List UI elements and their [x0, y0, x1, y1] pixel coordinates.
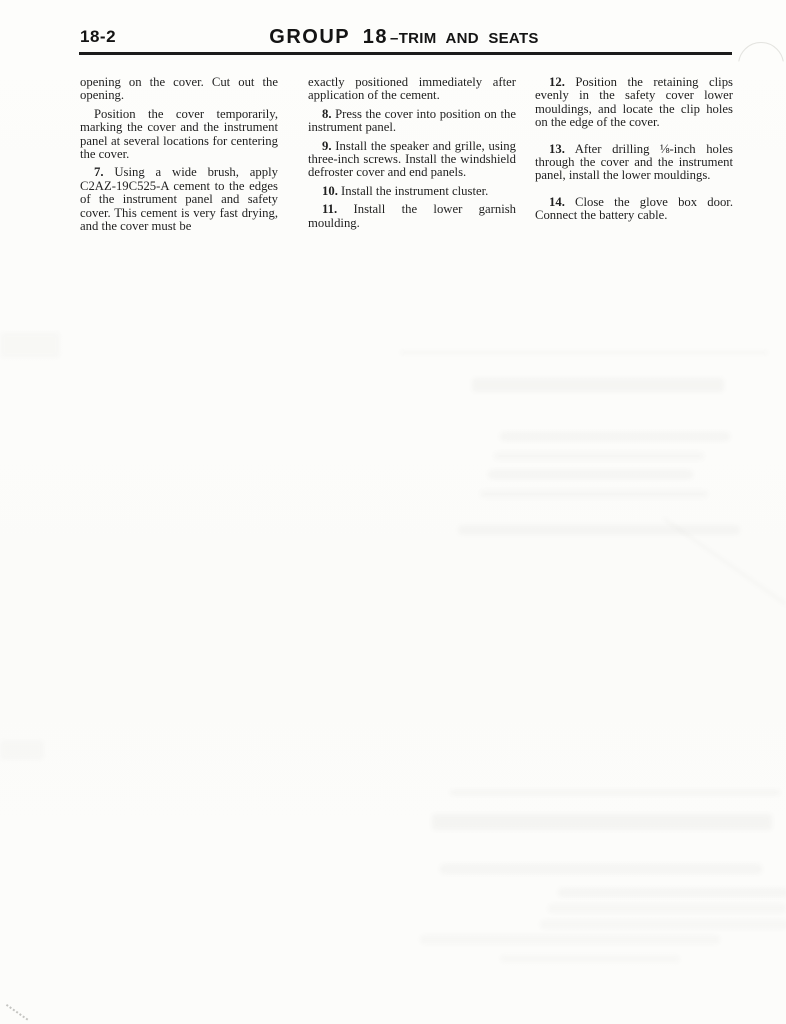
group-title: GROUP 18	[269, 26, 388, 48]
section-title: –TRIM AND SEATS	[390, 30, 539, 47]
step-paragraph: 8. Press the cover into position on the …	[308, 108, 516, 135]
step-paragraph: 7. Using a wide brush, apply C2AZ-19C525…	[80, 166, 278, 233]
paragraph-text: Install the instrument cluster.	[338, 184, 488, 198]
page-number: 18-2	[80, 27, 116, 47]
paragraph-text: Install the speaker and grille, using th…	[308, 139, 516, 180]
step-paragraph: 12. Position the retaining clips evenly …	[535, 76, 733, 130]
bleed-through-artifact	[432, 814, 772, 830]
bleed-through-artifact	[540, 920, 786, 929]
step-number: 8.	[322, 107, 332, 121]
step-number: 12.	[549, 75, 565, 89]
paragraph-text: Install the lower garnish moulding.	[308, 202, 516, 229]
bleed-through-artifact	[458, 525, 740, 535]
text-column-1: opening on the cover. Cut out the openin…	[80, 76, 278, 233]
paragraph-text: Press the cover into position on the ins…	[308, 107, 516, 134]
step-number: 10.	[322, 184, 338, 198]
page-title: GROUP 18–TRIM AND SEATS	[269, 26, 538, 49]
text-column-2: exactly positioned immediately after app…	[308, 76, 516, 233]
bleed-through-artifact	[494, 452, 704, 460]
paragraph-text: Using a wide brush, apply C2AZ-19C525-A …	[80, 165, 278, 233]
step-number: 7.	[94, 165, 104, 179]
paragraph-text: Position the retaining clips evenly in t…	[535, 75, 733, 129]
step-paragraph: 14. Close the glove box door. Connect th…	[535, 196, 733, 223]
paragraph-text: opening on the cover. Cut out the openin…	[80, 75, 278, 102]
bleed-through-artifact	[0, 740, 44, 760]
bleed-through-artifact	[420, 935, 720, 944]
text-column-3: 12. Position the retaining clips evenly …	[535, 76, 733, 233]
bleed-through-artifact	[450, 790, 780, 795]
bleed-through-artifact	[0, 332, 60, 358]
paragraph-text: After drilling ⅛-inch holes through the …	[535, 142, 733, 183]
step-paragraph: 13. After drilling ⅛-inch holes through …	[535, 143, 733, 183]
bleed-through-artifact	[500, 432, 730, 441]
paragraph-text: Close the glove box door. Connect the ba…	[535, 195, 733, 222]
step-paragraph: 10. Install the instrument cluster.	[308, 185, 516, 198]
bleed-through-artifact	[663, 517, 786, 605]
paragraph: Position the cover temporarily, marking …	[80, 108, 278, 162]
bleed-through-artifact	[480, 490, 708, 498]
paragraph-text: exactly positioned immediately after app…	[308, 75, 516, 102]
bleed-through-artifact	[400, 351, 768, 354]
paragraph-text: Position the cover temporarily, marking …	[80, 107, 278, 161]
header-rule	[79, 52, 732, 55]
page-curl-artifact	[738, 42, 784, 88]
step-number: 11.	[322, 202, 337, 216]
step-number: 13.	[549, 142, 565, 156]
step-paragraph: 11. Install the lower garnish moulding.	[308, 203, 516, 230]
paragraph: opening on the cover. Cut out the openin…	[80, 76, 278, 103]
corner-mark-artifact	[6, 1004, 28, 1021]
step-paragraph: 9. Install the speaker and grille, using…	[308, 140, 516, 180]
step-number: 9.	[322, 139, 332, 153]
bleed-through-artifact	[500, 955, 680, 963]
scanned-page: 18-2 GROUP 18–TRIM AND SEATS opening on …	[0, 0, 786, 1024]
paragraph: exactly positioned immediately after app…	[308, 76, 516, 103]
bleed-through-artifact	[558, 888, 786, 897]
bleed-through-artifact	[548, 904, 786, 913]
bleed-through-artifact	[440, 864, 762, 874]
bleed-through-artifact	[488, 470, 693, 479]
step-number: 14.	[549, 195, 565, 209]
text-columns: opening on the cover. Cut out the openin…	[80, 76, 733, 233]
bleed-through-artifact	[472, 378, 724, 392]
